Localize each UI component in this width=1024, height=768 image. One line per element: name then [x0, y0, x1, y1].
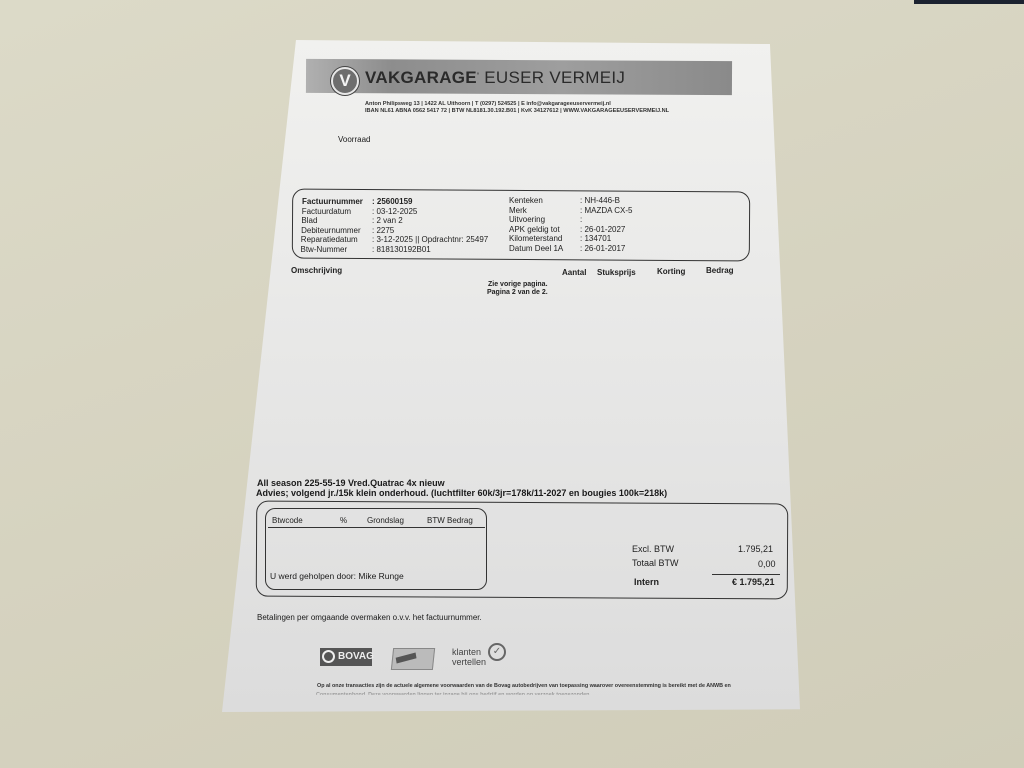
- paper: [222, 40, 800, 712]
- invoice-value: : 03-12-2025: [372, 207, 417, 216]
- invoice-label: Factuurdatum: [302, 207, 351, 216]
- vehicle-value: : 134701: [580, 234, 611, 243]
- vehicle-label: Uitvoering: [509, 215, 545, 224]
- invoice-sheet: V VAKGARAGE° EUSER VERMEIJ Anton Philips…: [0, 0, 1024, 768]
- invoice-value: : 818130192B01: [372, 245, 431, 254]
- total-value: € 1.795,21: [732, 577, 775, 587]
- total-label: Intern: [634, 577, 659, 587]
- dealer-name: EUSER VERMEIJ: [484, 68, 625, 87]
- vehicle-label: APK geldig tot: [509, 225, 560, 234]
- invoice-value: : 3-12-2025 || Opdrachtnr: 25497: [372, 235, 488, 244]
- vehicle-value: : MAZDA CX-5: [580, 206, 632, 215]
- total-vat-value: 0,00: [758, 559, 776, 569]
- payment-note: Betalingen per omgaande overmaken o.v.v.…: [257, 613, 482, 622]
- vehicle-value: : NH-446-B: [580, 196, 620, 205]
- continuation-note: Zie vorige pagina.: [488, 281, 548, 288]
- excl-vat-value: 1.795,21: [738, 544, 773, 554]
- vehicle-label: Merk: [509, 206, 527, 215]
- col-quantity: Aantal: [562, 268, 586, 277]
- col-unit-price: Stuksprijs: [597, 268, 636, 277]
- vat-header-code: Btwcode: [272, 516, 303, 525]
- company-bank-details: IBAN NL61 ABNA 0562 5417 72 | BTW NL8181…: [365, 108, 669, 114]
- invoice-label: Blad: [301, 216, 317, 225]
- col-description: Omschrijving: [291, 266, 342, 275]
- bovag-q-icon: [322, 650, 335, 663]
- certification-logo: [391, 648, 435, 670]
- vat-header-amount: BTW Bedrag: [427, 516, 473, 525]
- vat-header-base: Grondslag: [367, 516, 404, 525]
- invoice-value: : 2 van 2: [372, 216, 403, 225]
- company-name: VAKGARAGE° EUSER VERMEIJ: [365, 68, 625, 88]
- col-amount: Bedrag: [706, 266, 734, 275]
- check-icon: ✓: [488, 643, 506, 661]
- vehicle-value: :: [580, 215, 582, 224]
- helped-by: U werd geholpen door: Mike Runge: [270, 571, 404, 581]
- invoice-label: Factuurnummer: [302, 197, 363, 206]
- vehicle-value: : 26-01-2027: [580, 225, 625, 234]
- klantenvertellen-logo: klanten vertellen ✓: [452, 647, 486, 667]
- note-advice: Advies; volgend jr./15k klein onderhoud.…: [256, 488, 667, 498]
- terms-line-1: Op al onze transacties zijn de actuele a…: [317, 683, 731, 689]
- invoice-label: Btw-Nummer: [301, 245, 348, 254]
- vehicle-label: Kilometerstand: [509, 234, 562, 243]
- bovag-logo: BOVAG: [320, 648, 372, 666]
- excl-vat-label: Excl. BTW: [632, 544, 674, 554]
- v-check-icon: V: [331, 67, 359, 95]
- page-indicator: Pagina 2 van de 2.: [487, 289, 548, 296]
- vehicle-value: : 26-01-2017: [580, 244, 625, 253]
- invoice-label: Debiteurnummer: [301, 226, 361, 235]
- note-tires: All season 225-55-19 Vred.Quatrac 4x nie…: [257, 478, 445, 488]
- invoice-value: : 2275: [372, 226, 394, 235]
- total-divider: [712, 574, 780, 575]
- invoice-label: Reparatiedatum: [301, 235, 358, 244]
- company-address: Anton Philipsweg 13 | 1422 AL Uithoorn |…: [365, 101, 611, 107]
- vehicle-label: Kenteken: [509, 196, 543, 205]
- vat-table-divider: [268, 527, 485, 528]
- col-discount: Korting: [657, 267, 685, 276]
- vehicle-label: Datum Deel 1A: [509, 244, 563, 253]
- total-vat-label: Totaal BTW: [632, 558, 679, 568]
- recipient: Voorraad: [338, 135, 370, 144]
- vat-header-percent: %: [340, 516, 347, 525]
- invoice-value: : 25600159: [372, 197, 412, 206]
- brand-name: VAKGARAGE: [365, 68, 477, 87]
